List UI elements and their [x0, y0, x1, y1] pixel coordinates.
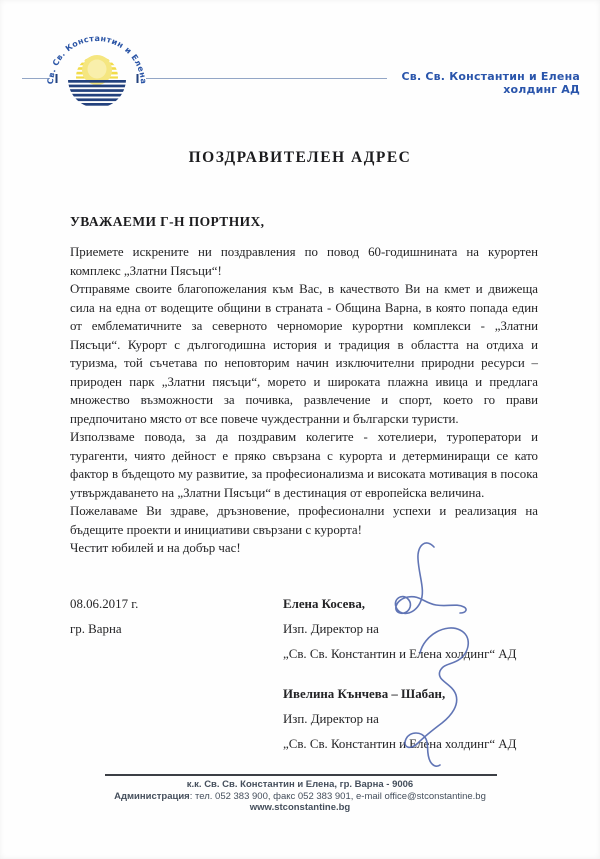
- date-place-block: 08.06.2017 г. гр. Варна: [70, 592, 138, 642]
- letter-date: 08.06.2017 г.: [70, 592, 138, 617]
- footer-website: www.stconstantine.bg: [0, 802, 600, 814]
- footer-rule: [105, 774, 497, 776]
- signatory-2-name: Ивелина Кънчева – Шабан,: [283, 682, 563, 707]
- paragraph-colleagues: Използваме повода, за да поздравим колег…: [70, 428, 538, 502]
- salutation: УВАЖАЕМИ Г-Н ПОРТНИХ,: [70, 214, 264, 230]
- footer-admin-details: : тел. 052 383 900, факс 052 383 901, e-…: [190, 791, 486, 802]
- signatory-2: Ивелина Кънчева – Шабан, Изп. Директор н…: [283, 682, 563, 757]
- signatory-2-role: Изп. Директор на: [283, 707, 563, 732]
- letter-title: ПОЗДРАВИТЕЛЕН АДРЕС: [0, 149, 600, 167]
- footer-address: к.к. Св. Св. Константин и Елена, гр. Вар…: [0, 779, 600, 791]
- paragraph-municipality: Отправяме своите благопожелания към Вас,…: [70, 280, 538, 428]
- signatory-2-company: „Св. Св. Константин и Елена холдинг“ АД: [283, 732, 563, 757]
- signatory-1-company: „Св. Св. Константин и Елена холдинг“ АД: [283, 642, 563, 667]
- scanned-letter-page: Св. Св. Константин и Елена Св. Св. Конст…: [0, 0, 600, 859]
- signatories-block: Елена Косева, Изп. Директор на „Св. Св. …: [283, 592, 563, 757]
- signatory-1-role: Изп. Директор на: [283, 617, 563, 642]
- letter-city: гр. Варна: [70, 617, 138, 642]
- paragraph-wishes: Пожелаваме Ви здраве, дръзновение, профе…: [70, 502, 538, 539]
- footer-contacts: Администрация: тел. 052 383 900, факс 05…: [0, 791, 600, 803]
- sun-and-sea-logo: Св. Св. Константин и Елена: [47, 27, 147, 123]
- signatory-1-name: Елена Косева,: [283, 592, 563, 617]
- company-name-header: Св. Св. Константин и Елена холдинг АД: [350, 70, 580, 96]
- sun-core: [88, 60, 107, 79]
- footer-admin-label: Администрация: [114, 791, 190, 802]
- signatory-1: Елена Косева, Изп. Директор на „Св. Св. …: [283, 592, 563, 667]
- letter-body: Приемете искрените ни поздравления по по…: [70, 243, 538, 558]
- footer: к.к. Св. Св. Константин и Елена, гр. Вар…: [0, 779, 600, 814]
- paragraph-jubilee: Честит юбилей и на добър час!: [70, 539, 538, 558]
- paragraph-greeting: Приемете искрените ни поздравления по по…: [70, 243, 538, 280]
- header-rule-left: [22, 78, 50, 79]
